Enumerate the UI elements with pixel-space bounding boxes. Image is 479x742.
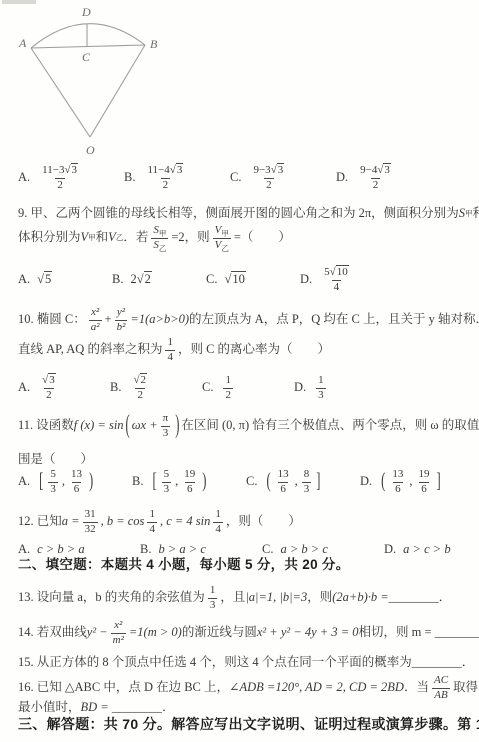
- bracket-close: ): [89, 469, 93, 495]
- question-11-text: 围是（ ）: [18, 452, 93, 468]
- figure-label-a: A: [18, 36, 27, 50]
- bracket-open: [: [152, 469, 156, 495]
- question-14: 14. 若双曲线 y² − x²m² =1(m > 0) 的渐近线与圆 x² +…: [18, 619, 479, 648]
- fraction-v: V甲 V乙: [213, 224, 231, 253]
- bracket-close: ]: [316, 469, 320, 495]
- question-11-text: 11. 设函数: [18, 418, 74, 434]
- answer-blank: BD = ________．: [81, 700, 175, 716]
- option-c: C. 12: [202, 374, 286, 403]
- sqrt-radical: 3: [170, 163, 184, 176]
- question-9-text: 9. 甲、乙两个圆锥的母线长相等，侧面展开图的圆心角之和为 2π，侧面积分别为: [18, 206, 459, 222]
- option-a: A. 11−33 2: [18, 164, 114, 193]
- question-15: 15. 从正方体的 8 个顶点中任选 4 个，则这 4 个点在同一个平面的概率为…: [18, 655, 474, 671]
- sqrt-radical: 3: [42, 373, 56, 386]
- bracket-close: ]: [436, 469, 440, 495]
- answer-blank: ________．: [389, 590, 452, 606]
- fraction: 2 2: [131, 374, 149, 403]
- section-2-header: 二、填空题：本题共 4 小题，每小题 5 分，共 20 分。: [18, 557, 350, 574]
- question-10-line-1: 10. 椭圆 C： x²a² + y²b² =1(a>b>0) 的左顶点为 A，…: [18, 306, 479, 335]
- question-11-line-2: 围是（ ）: [18, 452, 93, 468]
- fraction: π3: [161, 412, 171, 441]
- fraction: 11−33 2: [40, 164, 80, 193]
- question-10-text: 10. 椭圆 C：: [18, 312, 86, 328]
- option-d: D. ( 136 , 196 ]: [360, 468, 464, 497]
- fraction: y²b²: [115, 306, 128, 335]
- question-13-text: 13. 设向量 a，b 的夹角的余弦值为: [18, 590, 205, 606]
- question-16-line-1: 16. 已知 △ABC 中，点 D 在边 BC 上， ∠ADB =120°, A…: [18, 674, 478, 703]
- question-16-line-2: 最小值时， BD = ________．: [18, 700, 174, 716]
- question-10-line-2: 直线 AP, AQ 的斜率之积为 14 ，则 C 的离心率为（ ）: [18, 336, 330, 365]
- sector-figure: A B C D O: [10, 2, 180, 160]
- option-d: D. 510 4: [300, 266, 386, 295]
- fraction: 14: [165, 336, 175, 365]
- fraction-s: S甲 S乙: [151, 224, 168, 253]
- answer-blank: 相切，则 m = ________．: [359, 625, 479, 641]
- sqrt-radical: 3: [377, 163, 391, 176]
- exam-page: A B C D O A. 11−33 2 B. 11−43 2 C. 9−33 …: [0, 0, 479, 742]
- option-a: A. 5: [18, 272, 104, 288]
- sqrt-radical: 10: [330, 265, 349, 278]
- question-12: 12. 已知 a = 3132 , b = cos 14 , c = 4 sin…: [18, 508, 301, 537]
- option-label: C.: [230, 170, 241, 186]
- option-label: B.: [124, 170, 135, 186]
- sqrt-radical: 2: [137, 272, 152, 288]
- fraction: 12: [223, 374, 233, 403]
- fraction: 9−33 2: [251, 164, 286, 193]
- question-8-options: A. 11−33 2 B. 11−43 2 C. 9−33 2 D. 9−43: [18, 164, 442, 193]
- option-b: B. [ 53 , 196 ): [132, 468, 236, 497]
- fraction: ACAB: [432, 674, 450, 703]
- option-c: C. 10: [206, 272, 292, 288]
- option-c: C. ( 136 , 83 ]: [246, 468, 350, 497]
- fraction: 13: [208, 584, 218, 613]
- question-12-options: A. c > b > a B. b > a > c C. a > b > c D…: [18, 542, 479, 558]
- option-a: A. 3 2: [18, 374, 102, 403]
- figure-label-c: C: [82, 50, 91, 64]
- question-15-text: 15. 从正方体的 8 个顶点中任选 4 个，则这 4 个点在同一个平面的概率为…: [18, 655, 474, 671]
- fraction: 14: [213, 508, 223, 537]
- sqrt-radical: 10: [224, 272, 245, 288]
- fraction: 3132: [83, 508, 98, 537]
- question-16-text: 16. 已知 △ABC 中，点 D 在边 BC 上，: [18, 680, 229, 696]
- sqrt-radical: 5: [37, 272, 52, 288]
- bracket-open: [: [39, 469, 43, 495]
- question-12-text: 12. 已知: [18, 514, 62, 530]
- fraction: 11−43 2: [145, 164, 185, 193]
- question-9-options: A. 5 B. 22 C. 10 D. 510 4: [18, 266, 394, 295]
- question-11-line-1: 11. 设函数 f (x) = sin ( ωx + π3 ) 在区间 (0, …: [18, 412, 479, 441]
- figure-label-b: B: [150, 37, 158, 51]
- bracket-open: (: [381, 469, 385, 495]
- sqrt-radical: 3: [271, 163, 285, 176]
- sqrt-radical: 3: [64, 163, 78, 176]
- question-10-text: 直线 AP, AQ 的斜率之积为: [18, 342, 162, 358]
- big-paren-close: ): [175, 410, 179, 443]
- option-b: B. b > a > c: [140, 542, 252, 558]
- fraction: 3 2: [40, 374, 58, 403]
- sqrt-radical: 2: [133, 373, 147, 386]
- option-b: B. 11−43 2: [124, 164, 220, 193]
- question-13: 13. 设向量 a，b 的夹角的余弦值为 13 ，且 |a|=1, |b|=3 …: [18, 584, 451, 613]
- fraction: 14: [147, 508, 157, 537]
- option-d: D. 13: [294, 374, 378, 403]
- fraction: x²m²: [111, 619, 126, 648]
- fraction: 9−43 2: [358, 164, 393, 193]
- option-b: B. 22: [112, 272, 198, 288]
- question-14-text: 14. 若双曲线: [18, 625, 87, 641]
- question-9-line-2: 体积分别为V甲和V乙．若 S甲 S乙 =2，则 V甲 V乙 =（ ）: [18, 224, 291, 253]
- big-paren-open: (: [126, 410, 130, 443]
- option-a: A. [ 53 , 136 ): [18, 468, 122, 497]
- option-c: C. a > b > c: [262, 542, 374, 558]
- section-3-header: 三、解答题：共 70 分。解答应写出文字说明、证明过程或演算步骤。第 17～21: [18, 716, 479, 734]
- question-10-options: A. 3 2 B. 2 2 C. 12 D. 13: [18, 374, 386, 403]
- option-label: D.: [336, 170, 348, 186]
- bracket-close: ): [202, 469, 206, 495]
- fraction: x²a²: [89, 306, 102, 335]
- question-9-text: 体积分别为: [18, 230, 81, 246]
- fraction: 13: [316, 374, 326, 403]
- option-label: A.: [18, 170, 30, 186]
- bracket-open: (: [266, 469, 270, 495]
- figure-label-d: D: [81, 5, 91, 19]
- figure-label-o: O: [86, 143, 95, 157]
- option-b: B. 2 2: [110, 374, 194, 403]
- question-9-line-1: 9. 甲、乙两个圆锥的母线长相等，侧面展开图的圆心角之和为 2π，侧面积分别为S…: [18, 206, 479, 222]
- fraction: 510 4: [322, 266, 351, 295]
- option-d: D. 9−43 2: [336, 164, 432, 193]
- option-a: A. c > b > a: [18, 542, 130, 558]
- option-d: D. a > c > b: [384, 542, 479, 558]
- question-11-options: A. [ 53 , 136 ) B. [ 53 , 196 ) C. ( 136…: [18, 468, 474, 497]
- option-c: C. 9−33 2: [230, 164, 326, 193]
